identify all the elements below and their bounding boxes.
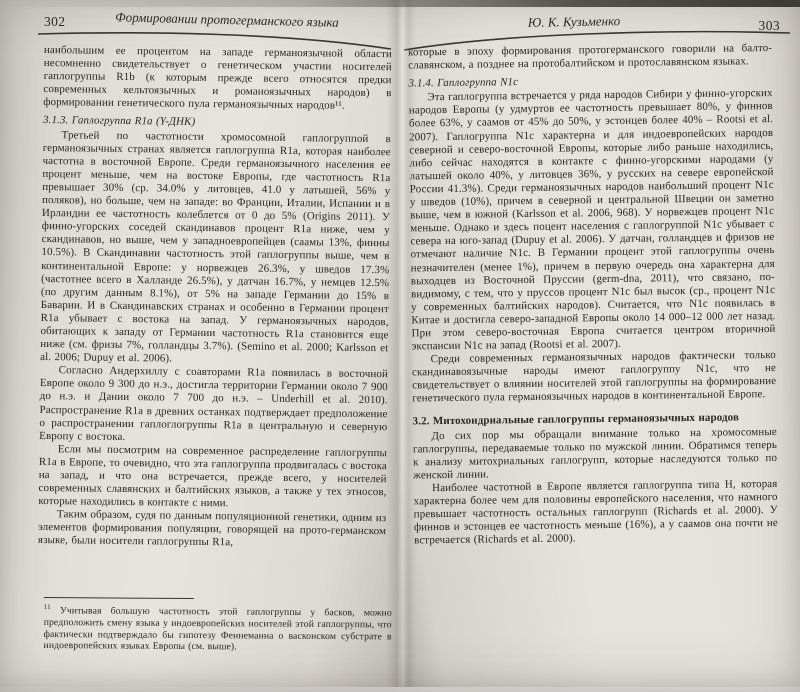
paragraph: Согласно Андерхиллу с соавторами R1a поя… (39, 364, 388, 447)
page-body-left: наибольшим ее процентом на западе герман… (38, 44, 392, 552)
footnote: 11 Учитывая большую частотность этой гап… (44, 597, 392, 654)
paragraph: Эта гаплогруппа встречается у ряда народ… (409, 87, 776, 353)
paragraph: Среди современных германоязычных народов… (412, 349, 777, 406)
paragraph: наибольшим ее процентом на западе герман… (43, 44, 392, 114)
book-photo: 302 Формировании протогерманского языка … (0, 0, 800, 692)
footnote-body: Учитывая большую частотность этой гаплог… (44, 605, 392, 652)
footnote-text: 11 Учитывая большую частотность этой гап… (44, 602, 392, 654)
paragraph: Если мы посмотрим на современное распред… (38, 443, 387, 513)
header-rule-right (402, 24, 794, 54)
paragraph: Таким образом, судя по данным популяцион… (38, 508, 386, 552)
page-right-303: Ю. К. Кузьменко 303 которые в эпоху форм… (400, 0, 800, 692)
page-left-302: 302 Формировании протогерманского языка … (0, 0, 400, 692)
paragraph: Третьей по частотности хромосомной гапло… (40, 129, 391, 369)
page-body-right: которые в эпоху формирования протогерман… (408, 42, 778, 548)
header-rule-left (36, 27, 394, 53)
footnote-area: 11 Учитывая большую частотность этой гап… (44, 581, 392, 654)
paragraph: Наиболее частотной в Европе является гап… (413, 478, 778, 548)
footnote-separator (44, 597, 194, 599)
paragraph: До сих пор мы обращали внимание только н… (413, 426, 778, 483)
footnote-marker: 11 (44, 603, 51, 611)
